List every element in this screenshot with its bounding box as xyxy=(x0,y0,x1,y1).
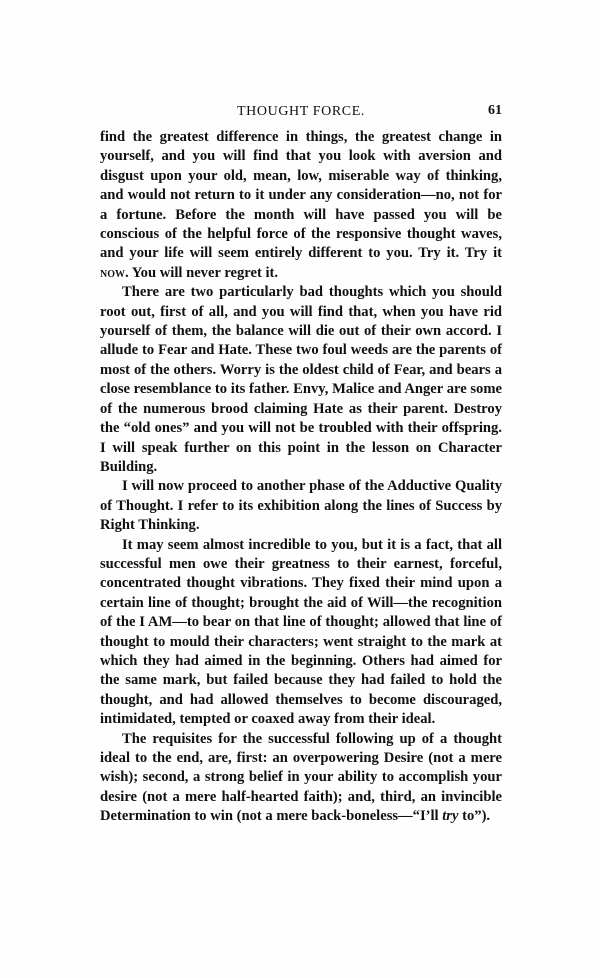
paragraph-3: I will now proceed to another phase of t… xyxy=(100,477,502,535)
paragraph-1-text-b: . You will never regret it. xyxy=(125,265,278,281)
paragraph-1-text-a: find the greatest difference in things, … xyxy=(100,129,502,261)
book-page: THOUGHT FORCE. 61 find the greatest diff… xyxy=(0,0,600,978)
page-number: 61 xyxy=(488,103,502,119)
running-header: THOUGHT FORCE. 61 xyxy=(100,100,502,122)
emphasis-try: try xyxy=(442,808,458,824)
paragraph-4: It may seem almost incredible to you, bu… xyxy=(100,536,502,730)
emphasis-now: now xyxy=(100,265,125,281)
paragraph-5: The requisites for the successful follow… xyxy=(100,730,502,827)
paragraph-5-text-b: to”). xyxy=(458,808,490,824)
paragraph-1: find the greatest difference in things, … xyxy=(100,128,502,283)
body-text: find the greatest difference in things, … xyxy=(100,128,502,827)
paragraph-2: There are two particularly bad thoughts … xyxy=(100,283,502,477)
running-title: THOUGHT FORCE. xyxy=(100,104,502,120)
